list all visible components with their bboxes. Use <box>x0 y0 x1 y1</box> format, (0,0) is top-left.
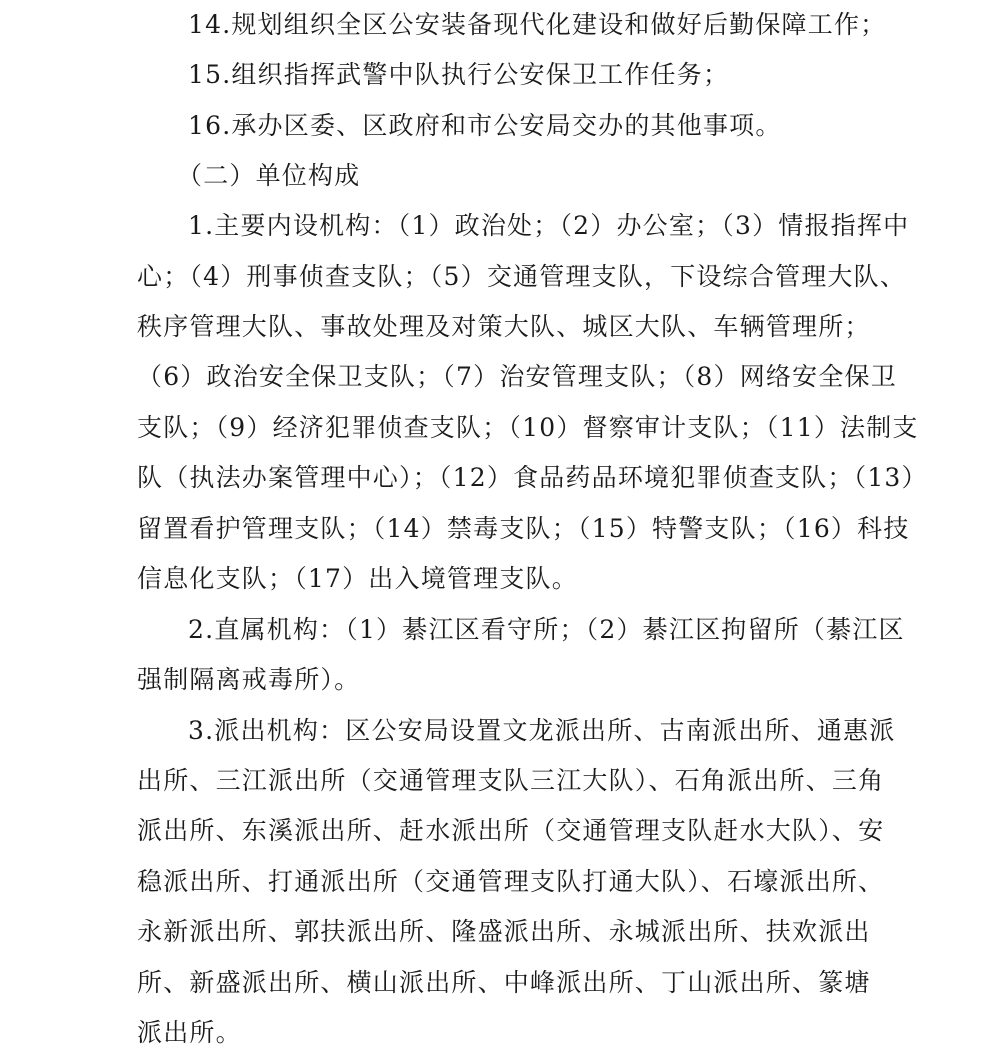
list-item-15: 15.组织指挥武警中队执行公安保卫工作任务； <box>188 50 729 100</box>
paragraph-dispatched-institutions: 3.派出机构：区公安局设置文龙派出所、古南派出所、通惠派 <box>188 706 895 756</box>
paragraph-line: 强制隔离戒毒所）。 <box>137 655 360 705</box>
paragraph-line: 派出所。 <box>137 1008 242 1052</box>
paragraph-line: 信息化支队；（17）出入境管理支队。 <box>137 554 578 604</box>
paragraph-line: （6）政治安全保卫支队；（7）治安管理支队；（8）网络安全保卫 <box>137 352 897 402</box>
paragraph-line: 队（执法办案管理中心）；（12）食品药品环境犯罪侦查支队；（13） <box>137 453 928 503</box>
paragraph-line: 稳派出所、打通派出所（交通管理支队打通大队）、石壕派出所、 <box>137 857 884 907</box>
list-item-16: 16.承办区委、区政府和市公安局交办的其他事项。 <box>188 101 782 151</box>
section-heading-unit-composition: （二）单位构成 <box>177 151 360 201</box>
paragraph-line: 支队；（9）经济犯罪侦查支队；（10）督察审计支队；（11）法制支 <box>137 403 919 453</box>
paragraph-line: 出所、三江派出所（交通管理支队三江大队）、石角派出所、三角 <box>137 756 884 806</box>
paragraph-line: 秩序管理大队、事故处理及对策大队、城区大队、车辆管理所； <box>137 302 871 352</box>
paragraph-internal-departments: 1.主要内设机构：（1）政治处；（2）办公室；（3）情报指挥中 <box>188 201 909 251</box>
paragraph-direct-institutions: 2.直属机构：（1）綦江区看守所；（2）綦江区拘留所（綦江区 <box>188 605 905 655</box>
paragraph-line: 永新派出所、郭扶派出所、隆盛派出所、永城派出所、扶欢派出 <box>137 907 871 957</box>
list-item-14: 14.规划组织全区公安装备现代化建设和做好后勤保障工作； <box>188 0 886 50</box>
paragraph-line: 留置看护管理支队；（14）禁毒支队；（15）特警支队；（16）科技 <box>137 504 910 554</box>
paragraph-line: 心；（4）刑事侦查支队；（5）交通管理支队，下设综合管理大队、 <box>137 252 906 302</box>
paragraph-line: 派出所、东溪派出所、赶水派出所（交通管理支队赶水大队）、安 <box>137 806 884 856</box>
paragraph-line: 所、新盛派出所、横山派出所、中峰派出所、丁山派出所、篆塘 <box>137 958 871 1008</box>
